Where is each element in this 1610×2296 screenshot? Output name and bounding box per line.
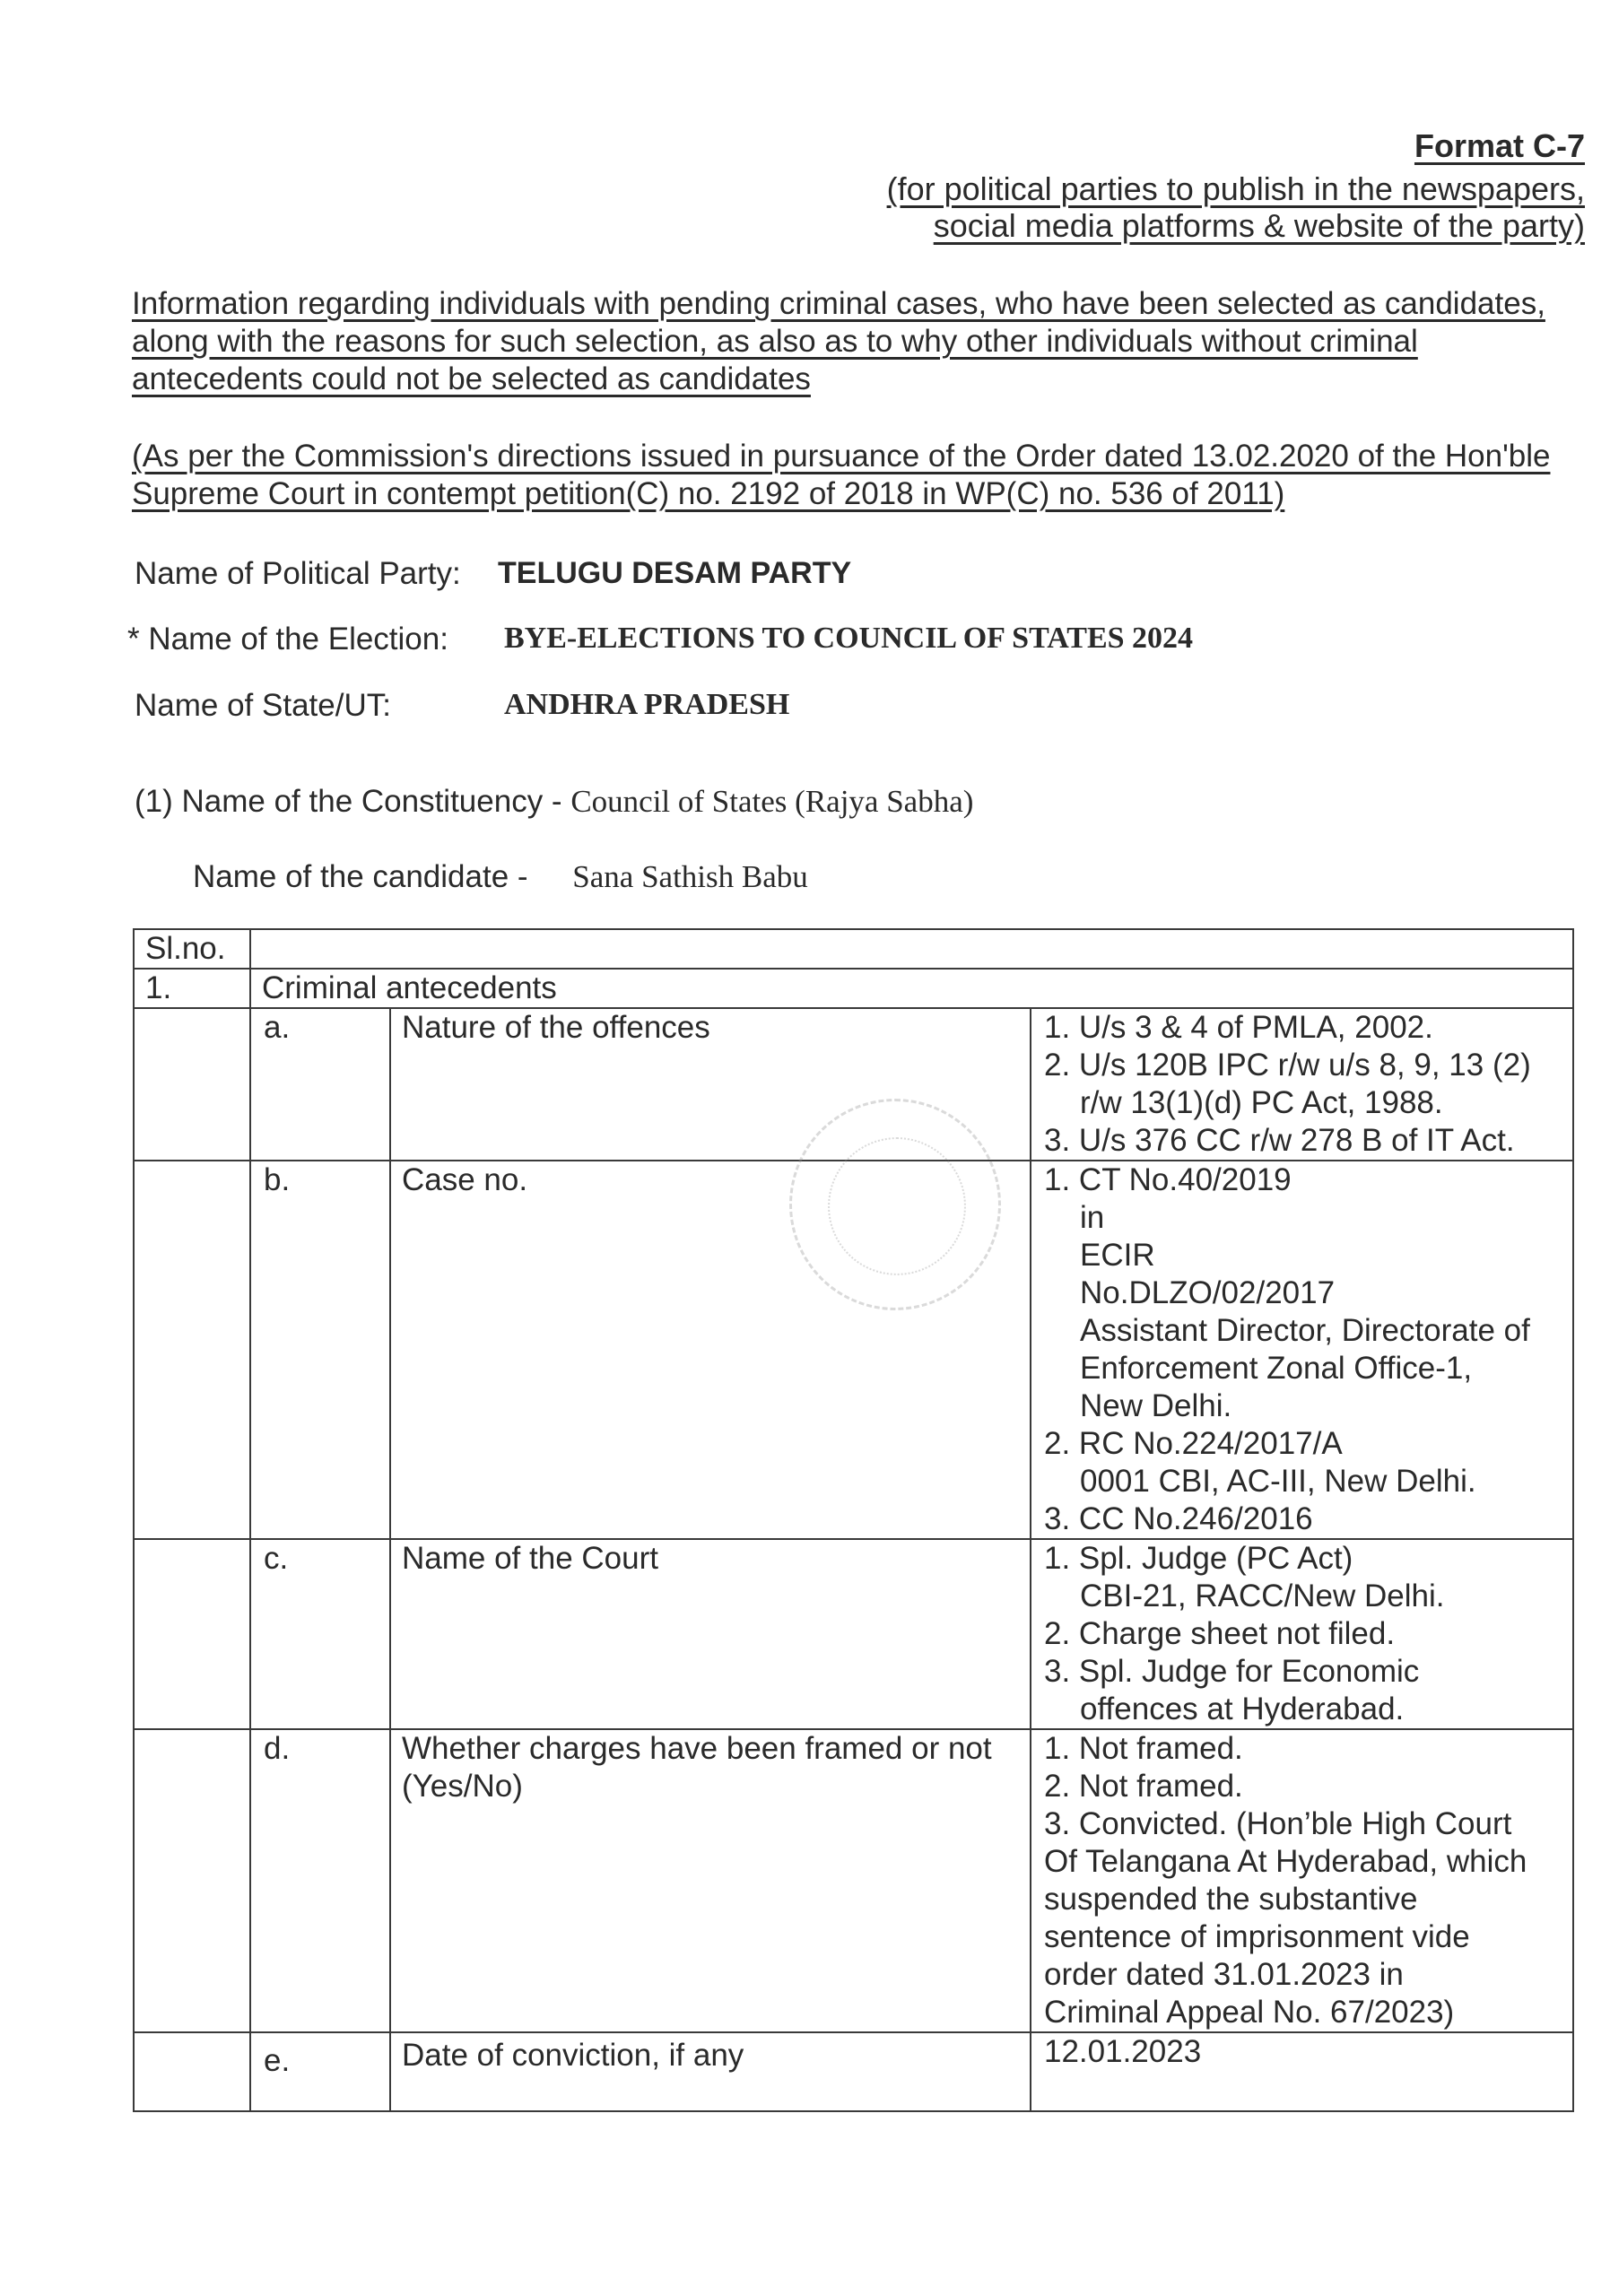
state-value: ANDHRA PRADESH (504, 688, 789, 722)
value-list-item: 2. Charge sheet not filed. (1044, 1615, 1565, 1653)
row-label: Whether charges have been framed or not … (390, 1729, 1031, 2032)
row-label: Date of conviction, if any (390, 2032, 1031, 2111)
table-row: c.Name of the Court1. Spl. Judge (PC Act… (134, 1539, 1573, 1729)
row-letter: a. (250, 1008, 390, 1161)
state-row: Name of State/UT: ANDHRA PRADESH (135, 688, 391, 724)
table-row: e.Date of conviction, if any12.01.2023 (134, 2032, 1573, 2111)
commission-directions: (As per the Commission's directions issu… (132, 438, 1576, 513)
row-blank-cell (134, 1539, 250, 1729)
row-value: 1. Not framed.2. Not framed.3. Convicted… (1031, 1729, 1573, 2032)
party-row: Name of Political Party: TELUGU DESAM PA… (135, 556, 461, 592)
row-letter: d. (250, 1729, 390, 2032)
election-value: BYE-ELECTIONS TO COUNCIL OF STATES 2024 (504, 622, 1193, 656)
row-value: 12.01.2023 (1031, 2032, 1573, 2111)
value-line: order dated 31.01.2023 in (1044, 1956, 1565, 1994)
format-title: Format C-7 (1414, 127, 1585, 165)
state-label: Name of State/UT: (135, 688, 391, 724)
value-line: Of Telangana At Hyderabad, which (1044, 1843, 1565, 1881)
constituency-value: Council of States (Rajya Sabha) (570, 784, 973, 819)
value-list-item: 3. U/s 376 CC r/w 278 B of IT Act. (1044, 1122, 1565, 1160)
candidate-label: Name of the candidate - (193, 859, 528, 894)
value-list-item: 1. CT No.40/2019inECIRNo.DLZO/02/2017Ass… (1044, 1161, 1565, 1425)
value-line: Criminal Appeal No. 67/2023) (1044, 1994, 1565, 2031)
candidate-row: Name of the candidate - Sana Sathish Bab… (193, 859, 808, 895)
value-list-item: 2. RC No.224/2017/A0001 CBI, AC-III, New… (1044, 1425, 1565, 1500)
row-value: 1. CT No.40/2019inECIRNo.DLZO/02/2017Ass… (1031, 1161, 1573, 1539)
row-blank-cell (134, 1161, 250, 1539)
table-header-row: Sl.no. (134, 929, 1573, 969)
criminal-antecedents-table: Sl.no. 1. Criminal antecedents a.Nature … (133, 928, 1574, 2112)
value-line: 3. Convicted. (Hon’ble High Court (1044, 1805, 1565, 1843)
value-list-item: 2. U/s 120B IPC r/w u/s 8, 9, 13 (2)r/w … (1044, 1047, 1565, 1122)
format-subtitle: (for political parties to publish in the… (778, 170, 1585, 244)
row-blank-cell (134, 2032, 250, 2111)
candidate-value: Sana Sathish Babu (572, 859, 807, 894)
row-letter: b. (250, 1161, 390, 1539)
party-label: Name of Political Party: (135, 556, 461, 592)
information-heading: Information regarding individuals with p… (132, 285, 1576, 398)
value-line: 12.01.2023 (1044, 2033, 1565, 2071)
seal-inner-ring (828, 1137, 966, 1275)
section-title: Criminal antecedents (250, 969, 1573, 1008)
row-blank-cell (134, 1008, 250, 1161)
row-letter: e. (250, 2032, 390, 2111)
party-value: TELUGU DESAM PARTY (498, 556, 851, 591)
row-letter: c. (250, 1539, 390, 1729)
value-line: sentence of imprisonment vide (1044, 1918, 1565, 1956)
value-list-item: 1. U/s 3 & 4 of PMLA, 2002. (1044, 1009, 1565, 1047)
value-list-item: 3. Spl. Judge for Economicoffences at Hy… (1044, 1653, 1565, 1728)
table-row: d.Whether charges have been framed or no… (134, 1729, 1573, 2032)
official-seal-icon (789, 1099, 1001, 1310)
value-line: suspended the substantive (1044, 1881, 1565, 1918)
format-subtitle-line1: (for political parties to publish in the… (778, 170, 1585, 207)
section-number: 1. (134, 969, 250, 1008)
value-line: 2. Not framed. (1044, 1768, 1565, 1805)
header-blank-cell (250, 929, 1573, 969)
format-subtitle-line2: social media platforms & website of the … (778, 207, 1585, 244)
constituency-row: (1) Name of the Constituency - Council o… (135, 784, 973, 820)
slno-header: Sl.no. (134, 929, 250, 969)
election-row: * Name of the Election: BYE-ELECTIONS TO… (127, 622, 448, 657)
election-label: * Name of the Election: (127, 622, 448, 657)
row-blank-cell (134, 1729, 250, 2032)
constituency-label: (1) Name of the Constituency - (135, 784, 562, 819)
row-value: 1. Spl. Judge (PC Act)CBI-21, RACC/New D… (1031, 1539, 1573, 1729)
value-list-item: 3. CC No.246/2016 (1044, 1500, 1565, 1538)
row-value: 1. U/s 3 & 4 of PMLA, 2002.2. U/s 120B I… (1031, 1008, 1573, 1161)
value-list-item: 1. Spl. Judge (PC Act)CBI-21, RACC/New D… (1044, 1540, 1565, 1615)
section-row: 1. Criminal antecedents (134, 969, 1573, 1008)
value-line: 1. Not framed. (1044, 1730, 1565, 1768)
row-label: Name of the Court (390, 1539, 1031, 1729)
